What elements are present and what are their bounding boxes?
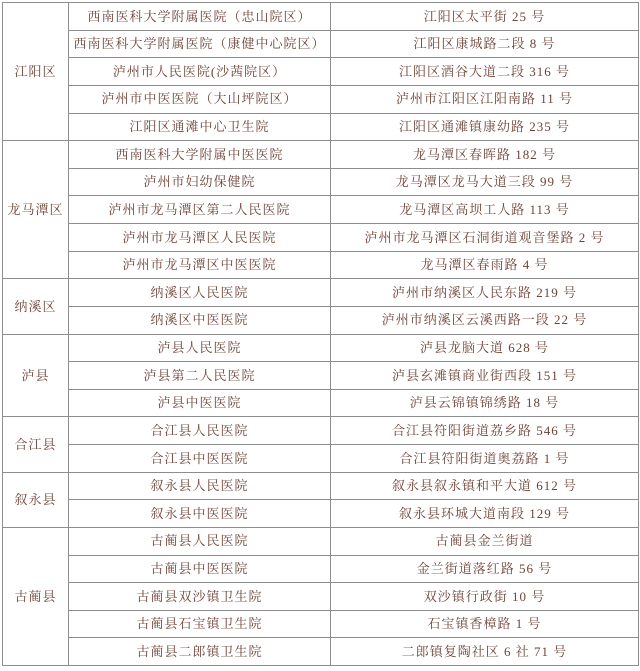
table-row: 江阳区通滩中心卫生院 江阳区通滩镇康幼路 235 号 xyxy=(3,113,639,141)
table-row: 泸州市中医医院（大山坪院区） 泸州市江阳区江阳南路 11 号 xyxy=(3,85,639,113)
address-cell: 龙马潭区龙马大道三段 99 号 xyxy=(331,168,639,196)
hospital-cell: 西南医科大学附属中医医院 xyxy=(69,141,331,169)
table-row: 纳溪区中医医院 泸州市纳溪区云溪西路一段 22 号 xyxy=(3,306,639,334)
address-cell: 合江县符阳街道奥荔路 1 号 xyxy=(331,445,639,473)
table-row: 叙永县 叙永县人民医院 叙永县叙永镇和平大道 612 号 xyxy=(3,472,639,500)
hospital-cell: 古蔺县人民医院 xyxy=(69,527,331,555)
address-cell: 龙马潭区高坝工人路 113 号 xyxy=(331,196,639,224)
hospital-cell: 泸县中医医院 xyxy=(69,389,331,417)
hospital-cell: 泸州市人民医院(沙茜院区） xyxy=(69,58,331,86)
hospital-cell: 古蔺县二郎镇卫生院 xyxy=(69,638,331,666)
address-cell: 双沙镇行政街 10 号 xyxy=(331,583,639,611)
hospital-cell: 纳溪区中医医院 xyxy=(69,306,331,334)
table-row: 泸县 泸县人民医院 泸县龙脑大道 628 号 xyxy=(3,334,639,362)
district-cell-luxian: 泸县 xyxy=(3,334,69,417)
address-cell: 合江县符阳街道荔乡路 546 号 xyxy=(331,417,639,445)
address-cell: 二郎镇复陶社区 6 社 71 号 xyxy=(331,638,639,666)
hospital-cell: 西南医科大学附属医院（忠山院区） xyxy=(69,3,331,31)
address-cell: 江阳区酒谷大道二段 316 号 xyxy=(331,58,639,86)
table-row: 古蔺县中医医院 金兰街道落红路 56 号 xyxy=(3,555,639,583)
hospital-cell: 叙永县人民医院 xyxy=(69,472,331,500)
address-cell: 泸县云锦镇锦绣路 18 号 xyxy=(331,389,639,417)
table-row: 龙马潭区 西南医科大学附属中医医院 龙马潭区春晖路 182 号 xyxy=(3,141,639,169)
table-row: 纳溪区 纳溪区人民医院 泸州市纳溪区人民东路 219 号 xyxy=(3,279,639,307)
hospital-cell: 泸州市龙马潭区第二人民医院 xyxy=(69,196,331,224)
document-page: 江阳区 西南医科大学附属医院（忠山院区） 江阳区太平街 25 号 西南医科大学附… xyxy=(0,0,640,671)
table-row: 泸州市人民医院(沙茜院区） 江阳区酒谷大道二段 316 号 xyxy=(3,58,639,86)
table-row: 合江县 合江县人民医院 合江县符阳街道荔乡路 546 号 xyxy=(3,417,639,445)
table-row: 西南医科大学附属医院（康健中心院区） 江阳区康城路二段 8 号 xyxy=(3,30,639,58)
hospital-cell: 叙永县中医医院 xyxy=(69,500,331,528)
hospital-cell: 泸县第二人民医院 xyxy=(69,362,331,390)
table-row: 古蔺县双沙镇卫生院 双沙镇行政街 10 号 xyxy=(3,583,639,611)
address-cell: 泸州市纳溪区云溪西路一段 22 号 xyxy=(331,306,639,334)
hospital-cell: 纳溪区人民医院 xyxy=(69,279,331,307)
table-row: 江阳区 西南医科大学附属医院（忠山院区） 江阳区太平街 25 号 xyxy=(3,3,639,31)
district-cell-gulin: 古蔺县 xyxy=(3,527,69,665)
address-cell: 金兰街道落红路 56 号 xyxy=(331,555,639,583)
address-cell: 石宝镇香樟路 1 号 xyxy=(331,610,639,638)
table-row: 泸州市妇幼保健院 龙马潭区龙马大道三段 99 号 xyxy=(3,168,639,196)
hospital-cell: 泸县人民医院 xyxy=(69,334,331,362)
address-cell: 泸县龙脑大道 628 号 xyxy=(331,334,639,362)
address-cell: 泸州市龙马潭区石洞街道观音堡路 2 号 xyxy=(331,224,639,252)
table-row: 合江县中医医院 合江县符阳街道奥荔路 1 号 xyxy=(3,445,639,473)
hospital-cell: 古蔺县石宝镇卫生院 xyxy=(69,610,331,638)
district-cell-longmatan: 龙马潭区 xyxy=(3,141,69,279)
address-cell: 龙马潭区春雨路 4 号 xyxy=(331,251,639,279)
address-cell: 泸县玄滩镇商业街西段 151 号 xyxy=(331,362,639,390)
hospital-cell: 合江县人民医院 xyxy=(69,417,331,445)
table-row: 古蔺县 古蔺县人民医院 古蔺县金兰街道 xyxy=(3,527,639,555)
address-cell: 江阳区通滩镇康幼路 235 号 xyxy=(331,113,639,141)
district-cell-naxi: 纳溪区 xyxy=(3,279,69,334)
address-cell: 叙永县叙永镇和平大道 612 号 xyxy=(331,472,639,500)
table-row: 泸县第二人民医院 泸县玄滩镇商业街西段 151 号 xyxy=(3,362,639,390)
table-row: 古蔺县二郎镇卫生院 二郎镇复陶社区 6 社 71 号 xyxy=(3,638,639,666)
table-row: 泸州市龙马潭区人民医院 泸州市龙马潭区石洞街道观音堡路 2 号 xyxy=(3,224,639,252)
address-cell: 泸州市江阳区江阳南路 11 号 xyxy=(331,85,639,113)
table-row: 古蔺县石宝镇卫生院 石宝镇香樟路 1 号 xyxy=(3,610,639,638)
address-cell: 古蔺县金兰街道 xyxy=(331,527,639,555)
hospital-cell: 江阳区通滩中心卫生院 xyxy=(69,113,331,141)
hospital-cell: 泸州市龙马潭区人民医院 xyxy=(69,224,331,252)
hospital-cell: 合江县中医医院 xyxy=(69,445,331,473)
address-cell: 江阳区康城路二段 8 号 xyxy=(331,30,639,58)
hospital-cell: 泸州市中医医院（大山坪院区） xyxy=(69,85,331,113)
hospital-address-table: 江阳区 西南医科大学附属医院（忠山院区） 江阳区太平街 25 号 西南医科大学附… xyxy=(2,2,639,666)
hospital-cell: 泸州市龙马潭区中医医院 xyxy=(69,251,331,279)
hospital-cell: 古蔺县双沙镇卫生院 xyxy=(69,583,331,611)
address-cell: 江阳区太平街 25 号 xyxy=(331,3,639,31)
table-row: 泸州市龙马潭区中医医院 龙马潭区春雨路 4 号 xyxy=(3,251,639,279)
district-cell-hejiang: 合江县 xyxy=(3,417,69,472)
district-cell-xuyong: 叙永县 xyxy=(3,472,69,527)
address-cell: 龙马潭区春晖路 182 号 xyxy=(331,141,639,169)
district-cell-jiangyang: 江阳区 xyxy=(3,3,69,141)
hospital-cell: 西南医科大学附属医院（康健中心院区） xyxy=(69,30,331,58)
table-row: 泸县中医医院 泸县云锦镇锦绣路 18 号 xyxy=(3,389,639,417)
hospital-cell: 泸州市妇幼保健院 xyxy=(69,168,331,196)
address-cell: 泸州市纳溪区人民东路 219 号 xyxy=(331,279,639,307)
hospital-cell: 古蔺县中医医院 xyxy=(69,555,331,583)
table-row: 泸州市龙马潭区第二人民医院 龙马潭区高坝工人路 113 号 xyxy=(3,196,639,224)
address-cell: 叙永县环城大道南段 129 号 xyxy=(331,500,639,528)
table-row: 叙永县中医医院 叙永县环城大道南段 129 号 xyxy=(3,500,639,528)
